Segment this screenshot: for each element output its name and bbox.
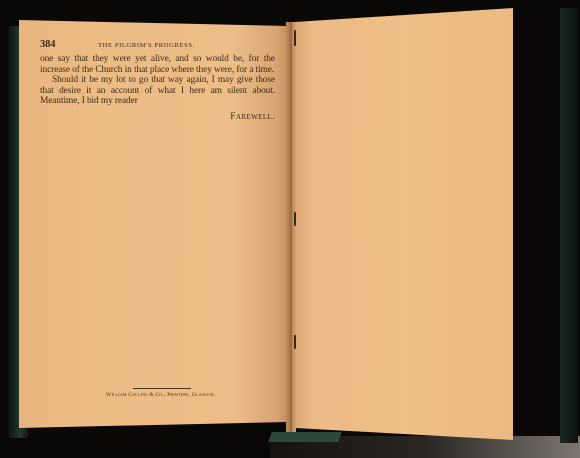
left-page-text: 384 THE PILGRIM'S PROGRESS. one say that… xyxy=(40,40,275,123)
printer-imprint: William Collins & Co., Printers, Glasgow… xyxy=(106,392,216,398)
page-header: 384 THE PILGRIM'S PROGRESS. xyxy=(40,40,275,51)
book-gutter xyxy=(286,22,296,432)
paragraph: Should it be my lot to go that way again… xyxy=(40,75,275,106)
book-cover-right-edge xyxy=(560,8,578,443)
book-cover-bottom-edge xyxy=(268,432,342,442)
closing-word: Farewell. xyxy=(40,112,275,122)
binding-thread xyxy=(294,30,296,46)
binding-thread xyxy=(294,335,296,349)
right-page-blank xyxy=(295,8,513,440)
imprint-rule xyxy=(133,388,191,389)
photo-scene: 384 THE PILGRIM'S PROGRESS. one say that… xyxy=(0,0,580,458)
binding-thread xyxy=(294,212,296,226)
paragraph: one say that they were yet alive, and so… xyxy=(40,54,275,75)
running-head: THE PILGRIM'S PROGRESS. xyxy=(98,41,195,51)
page-number: 384 xyxy=(40,40,62,50)
